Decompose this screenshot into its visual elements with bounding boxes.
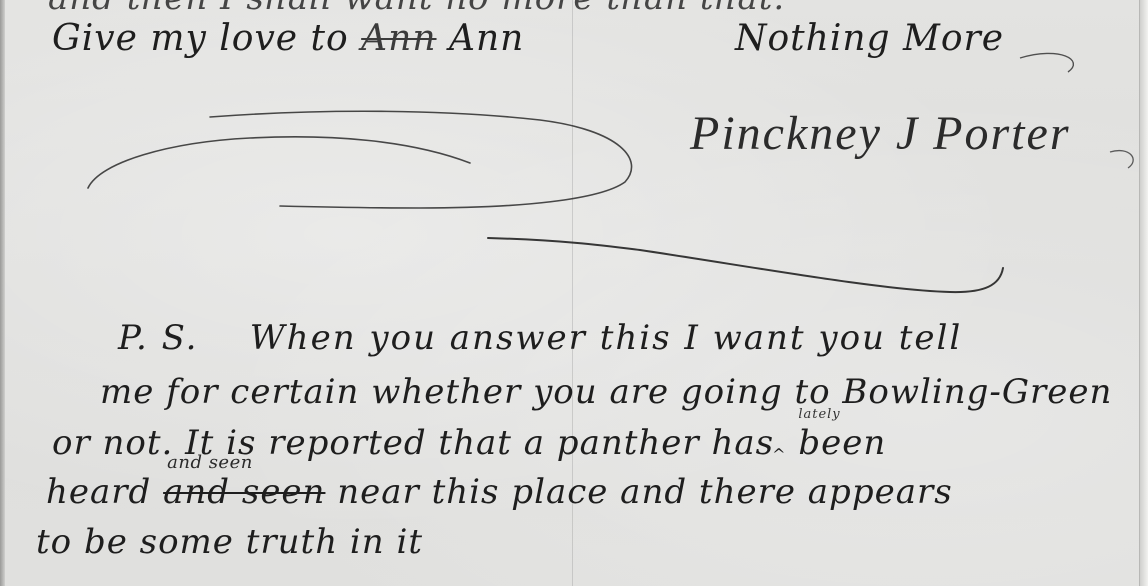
postscript-line-2: me for certain whether you are going to … xyxy=(100,372,1112,412)
page-left-edge xyxy=(0,0,5,586)
postscript-text: near this place and there appears xyxy=(337,472,952,512)
postscript-text: or not. It is reported that a panther ha… xyxy=(52,423,774,463)
postscript-line-4: heard and seen and seen near this place … xyxy=(46,472,953,512)
inserted-phrase: and seen xyxy=(167,452,253,473)
signature: Pinckney J Porter xyxy=(690,106,1071,161)
postscript-line-1: P. S. When you answer this I want you te… xyxy=(118,318,962,358)
postscript-text: heard xyxy=(46,472,151,512)
cut-off-text-line: and then I shall want no more than that. xyxy=(48,0,785,18)
postscript-line-5: to be some truth in it xyxy=(36,522,423,562)
insertion-caret-icon: ^ xyxy=(772,445,786,464)
letter-page: and then I shall want no more than that.… xyxy=(0,0,1148,586)
struck-phrase: and seen xyxy=(163,472,325,512)
page-right-edge xyxy=(1139,0,1148,586)
closing-line: Give my love to Ann Ann xyxy=(52,18,524,59)
closing-text: Give my love to xyxy=(52,18,349,59)
valediction: Nothing More xyxy=(735,18,1004,59)
postscript-text: When you answer this I want you tell xyxy=(250,318,963,358)
inserted-word-wrap: lately been xyxy=(798,423,886,463)
postscript-label: P. S. xyxy=(118,318,199,358)
correction-wrap: and seen and seen xyxy=(163,472,325,512)
postscript-text: been xyxy=(798,423,886,463)
closing-name: Ann xyxy=(449,18,524,59)
inserted-word: lately xyxy=(798,407,840,422)
struck-word: Ann xyxy=(361,18,436,59)
